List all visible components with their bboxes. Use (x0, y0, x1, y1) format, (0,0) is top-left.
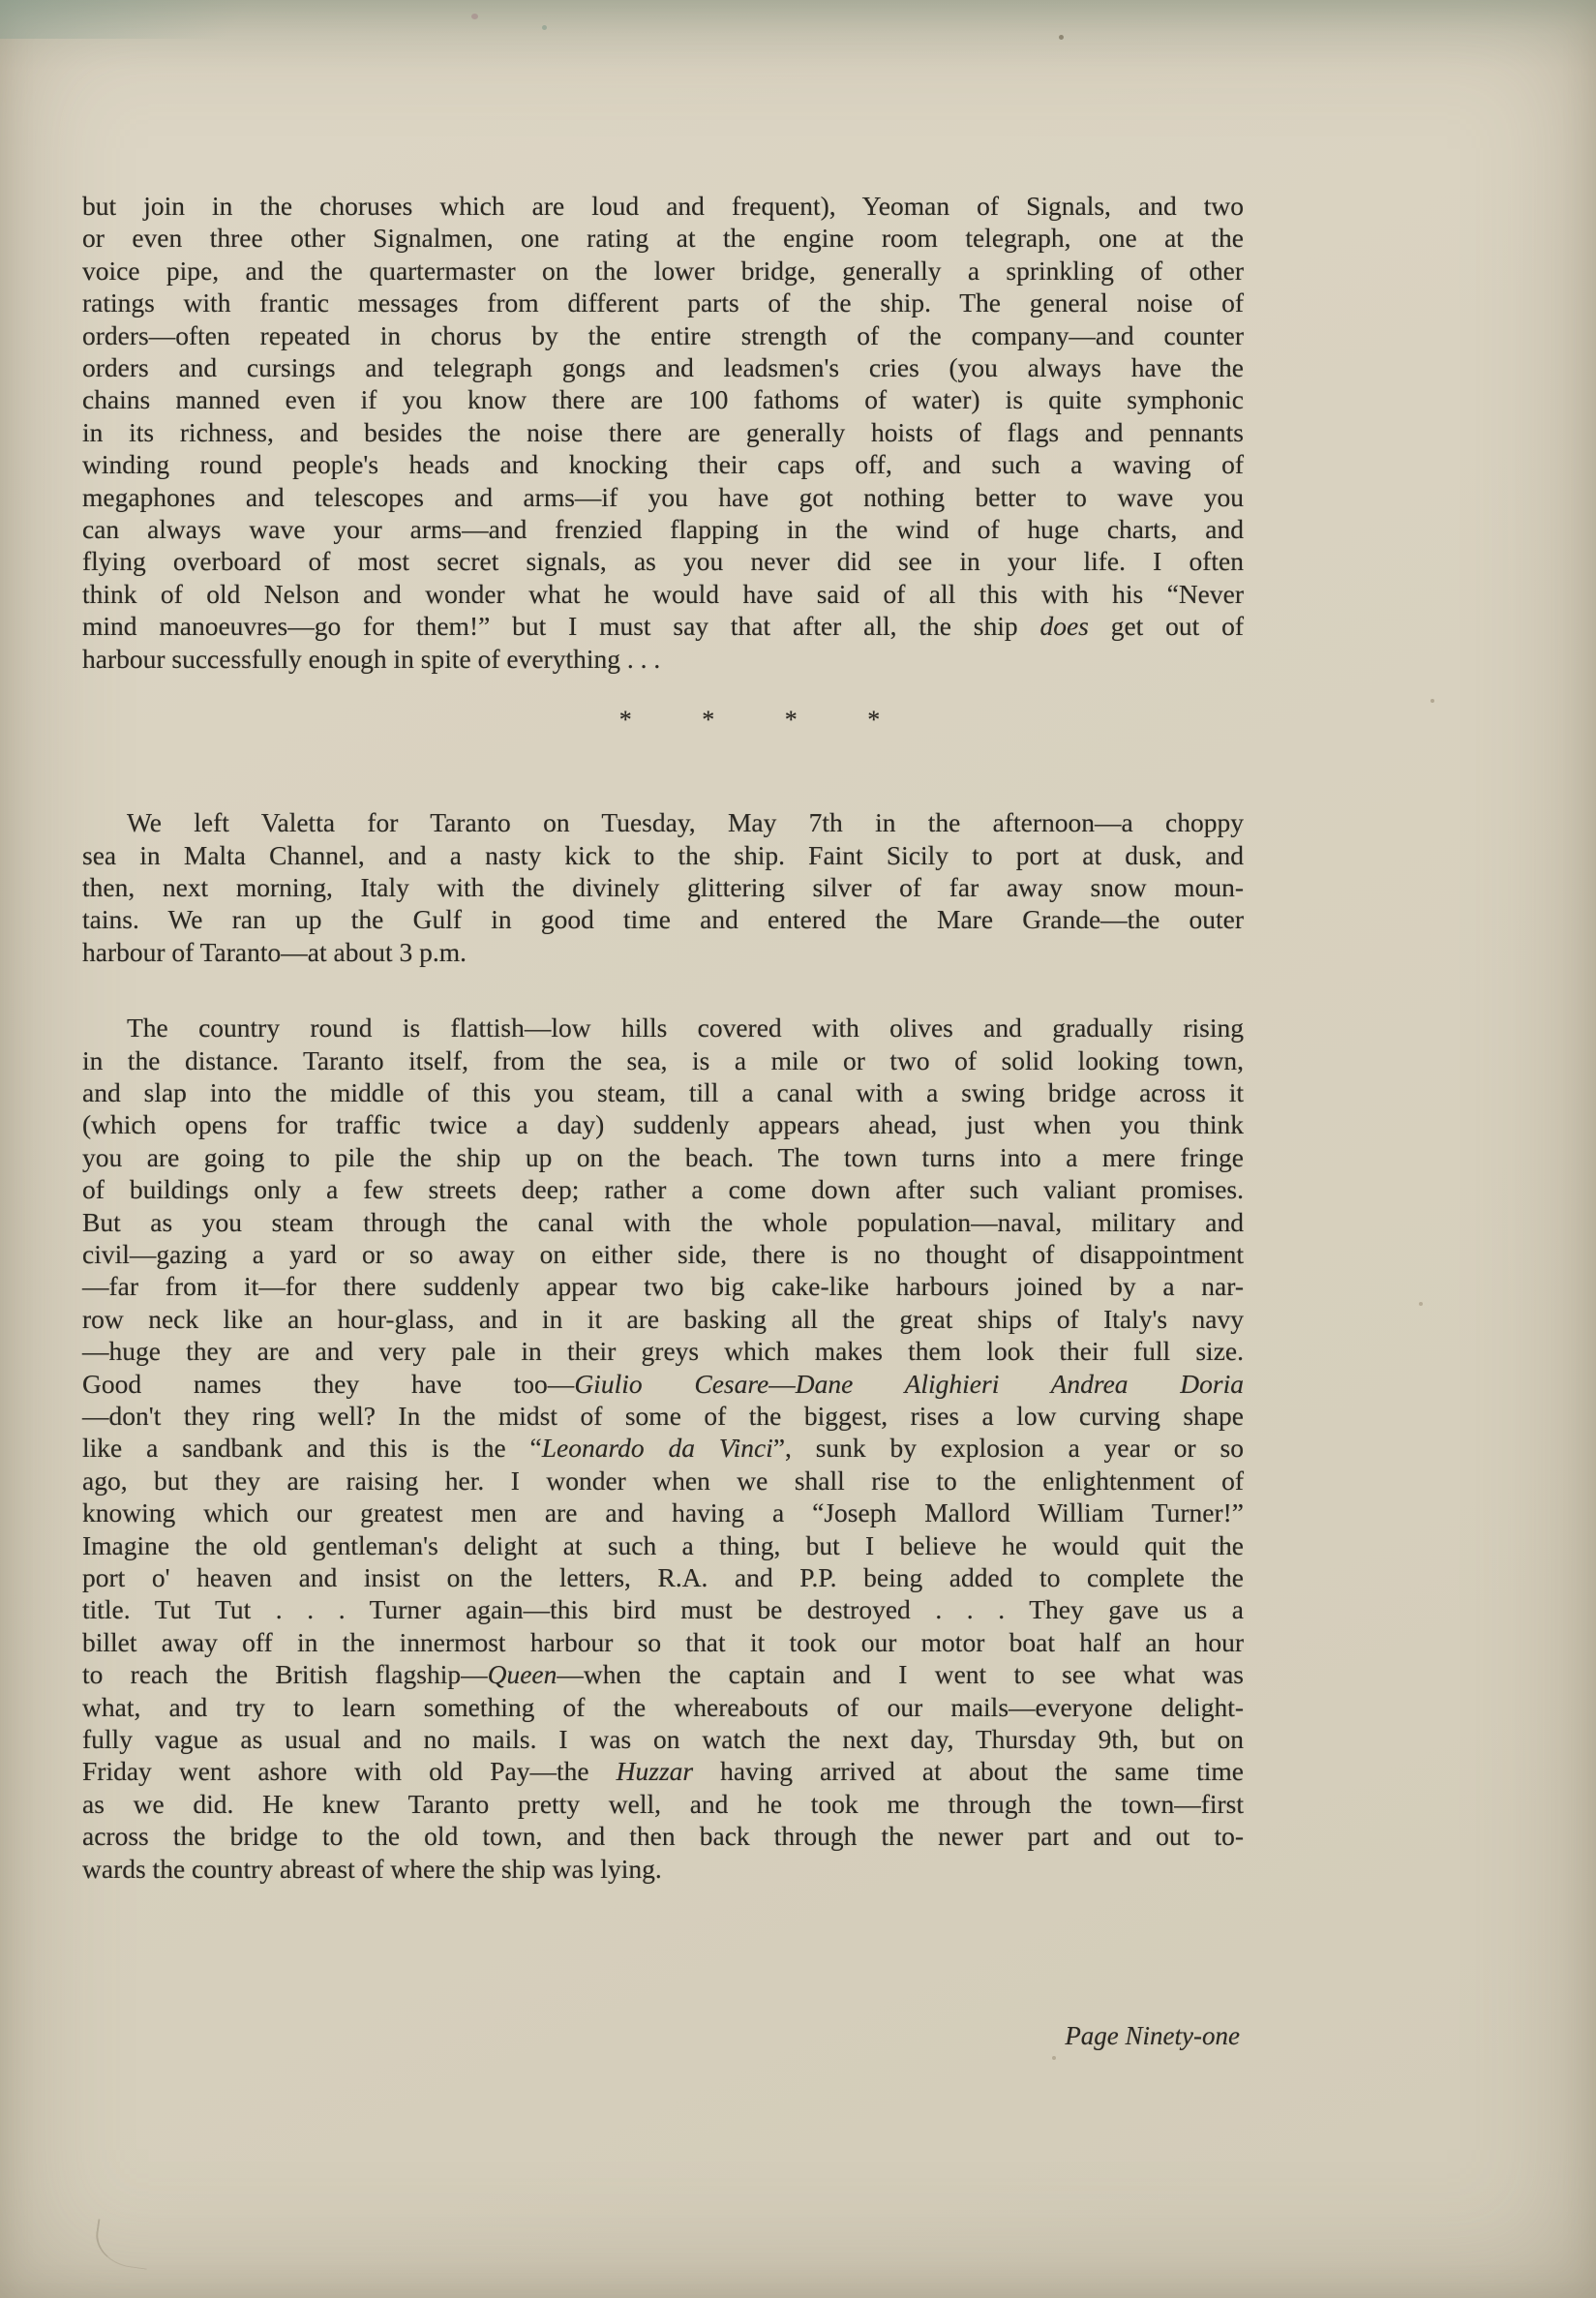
text-line: The country round is flattish—low hills … (82, 1012, 1244, 1043)
scan-speck (1059, 35, 1064, 40)
text-line: —don't they ring well? In the midst of s… (82, 1400, 1244, 1432)
text-line: but join in the choruses which are loud … (82, 190, 1244, 222)
text-line: —far from it—for there suddenly appear t… (82, 1270, 1244, 1302)
text-line: as we did. He knew Taranto pretty well, … (82, 1788, 1244, 1820)
asterisk-separator: * * * * (82, 704, 1244, 737)
text-line: ago, but they are raising her. I wonder … (82, 1465, 1244, 1497)
scan-speck (542, 25, 547, 30)
text-line: harbour successfully enough in spite of … (82, 643, 1244, 675)
text-line: to reach the British flagship—Queen—when… (82, 1658, 1244, 1690)
text-line: port o' heaven and insist on the letters… (82, 1561, 1244, 1593)
text-line: chains manned even if you know there are… (82, 383, 1244, 415)
text-line: (which opens for traffic twice a day) su… (82, 1108, 1244, 1140)
book-page: but join in the choruses which are loud … (0, 0, 1596, 2298)
scan-speck (1419, 1302, 1423, 1306)
scan-pencil-mark (92, 2219, 153, 2269)
scan-speck (471, 14, 478, 19)
text-line: orders and cursings and telegraph gongs … (82, 351, 1244, 383)
text-line: then, next morning, Italy with the divin… (82, 871, 1244, 903)
text-line: and slap into the middle of this you ste… (82, 1076, 1244, 1108)
text-line: in its richness, and besides the noise t… (82, 416, 1244, 448)
text-line: row neck like an hour-glass, and in it a… (82, 1303, 1244, 1335)
scan-speck (1052, 2056, 1056, 2060)
text-line: title. Tut Tut . . . Turner again—this b… (82, 1593, 1244, 1625)
text-line: civil—gazing a yard or so away on either… (82, 1238, 1244, 1270)
text-line: knowing which our greatest men are and h… (82, 1497, 1244, 1528)
text-line: sea in Malta Channel, and a nasty kick t… (82, 839, 1244, 871)
text-column: but join in the choruses which are loud … (82, 190, 1244, 2053)
scan-speck (1430, 699, 1434, 703)
text-line: you are going to pile the ship up on the… (82, 1141, 1244, 1173)
text-line: like a sandbank and this is the “Leonard… (82, 1432, 1244, 1464)
text-line: Good names they have too—Giulio Cesare—D… (82, 1368, 1244, 1400)
scan-tint-top-left (0, 0, 290, 39)
text-line: in the distance. Taranto itself, from th… (82, 1044, 1244, 1076)
text-line: —huge they are and very pale in their gr… (82, 1335, 1244, 1367)
text-line: of buildings only a few streets deep; ra… (82, 1173, 1244, 1205)
text-line: wards the country abreast of where the s… (82, 1853, 1244, 1885)
text-line: fully vague as usual and no mails. I was… (82, 1723, 1244, 1755)
text-line: what, and try to learn something of the … (82, 1691, 1244, 1723)
text-line: ratings with frantic messages from diffe… (82, 287, 1244, 318)
text-line: Imagine the old gentleman's delight at s… (82, 1529, 1244, 1561)
text-line: across the bridge to the old town, and t… (82, 1820, 1244, 1852)
text-line: voice pipe, and the quartermaster on the… (82, 255, 1244, 287)
text-line: harbour of Taranto—at about 3 p.m. (82, 936, 1244, 968)
text-line: or even three other Signalmen, one ratin… (82, 222, 1244, 254)
text-line: winding round people's heads and knockin… (82, 448, 1244, 480)
text-line: billet away off in the innermost harbour… (82, 1626, 1244, 1658)
text-line: can always wave your arms—and frenzied f… (82, 513, 1244, 545)
text-line: tains. We ran up the Gulf in good time a… (82, 903, 1244, 935)
text-line: mind manoeuvres—go for them!” but I must… (82, 610, 1244, 642)
text-line: orders—often repeated in chorus by the e… (82, 319, 1244, 351)
page-number-footer: Page Ninety-one (82, 2020, 1244, 2052)
text-line: flying overboard of most secret signals,… (82, 545, 1244, 577)
scan-tint-top (0, 0, 1596, 70)
text-line: megaphones and telescopes and arms—if yo… (82, 481, 1244, 513)
text-line: Friday went ashore with old Pay—the Huzz… (82, 1755, 1244, 1787)
paragraph-valetta-to-taranto: We left Valetta for Taranto on Tuesday, … (82, 806, 1244, 968)
paragraph-taranto-description: The country round is flattish—low hills … (82, 1012, 1244, 1885)
text-line: think of old Nelson and wonder what he w… (82, 578, 1244, 610)
text-line: But as you steam through the canal with … (82, 1206, 1244, 1238)
paragraph-choruses: but join in the choruses which are loud … (82, 190, 1244, 675)
text-line: We left Valetta for Taranto on Tuesday, … (82, 806, 1244, 838)
